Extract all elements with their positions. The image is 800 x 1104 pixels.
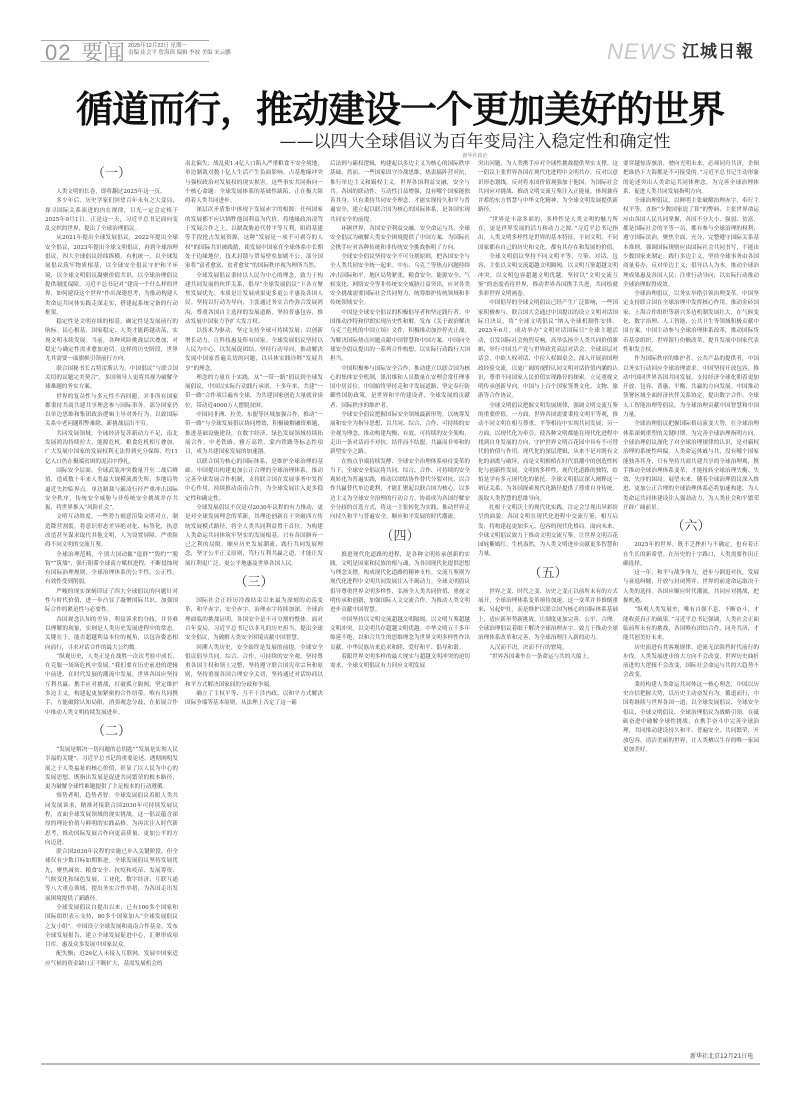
paragraph: 全球文明倡议把握文明发展规律，强调文明交流互鉴的重要价值。一方面，世界各国需要秉… (478, 402, 618, 504)
paragraph: 全球安全倡议把握国际安全领域最新形势，以统筹发展和安全为指导思想，以共同、综合、… (330, 411, 470, 457)
paragraph: 环顾世界，各国安全利益交融、安全命运与共。全球安全倡议为破解人类安全困境提供了中… (330, 225, 470, 253)
paragraph: 联合国秘书长古特雷斯认为，中国倡议“与联合国关切的议题完美契合”，多国领导人更将… (45, 365, 178, 393)
paragraph: 各国观念认知的差异，利益诉求的分歧，并非难以理解的现象，实则是人类历史发展进程中… (45, 616, 178, 653)
paragraph: 稳定性是文明存续的根基，确定性是发展前行的航标。民心根基、国家稳定、人类才能跨越… (45, 318, 178, 364)
news-wordmark: NEWS (607, 41, 677, 63)
paragraph: 国际安全层面，全球武装冲突数量升至二战后峰值，造成数十年来人类最大规模流离失所，… (45, 467, 178, 513)
byline: 新华社政论 (0, 152, 800, 159)
paragraph: 全球发展倡议不仅是对2030年议程的有力推动，更是对全球发展理念的革新，其理论创… (185, 504, 323, 569)
section-heading-3: （三） (185, 575, 323, 591)
paragraph: 推进现代化道路的进程，是各种文明传承创新的实践。文明是国家和民族的根与魂，为各国… (330, 551, 470, 616)
paragraph: 全球治理倡议把握国际格局演变大势，在全球治理体系深刻重塑的关键时期，为完善全球治… (623, 420, 759, 513)
paragraph: 全球文明倡议坚持不同文明平等、互鉴、对话、包容，主张以文明交流超越文明隔阂，以文… (478, 253, 618, 299)
section-heading-4: （四） (330, 529, 470, 545)
section-heading-5: （五） (478, 566, 618, 582)
paragraph: 中国是全球安全倡议的积极倡导者和坚定践行者。中国推动沙特和伊朗实现历史性和解，发… (330, 309, 470, 365)
section-heading-2: （二） (45, 724, 178, 740)
paragraph: 联合国2030年议程的实施已步入关键阶段，但全球仅有少数目标如期推进。全球发展倡… (45, 848, 178, 904)
dateline: 新华社北京12月21日电 (690, 1051, 753, 1060)
paragraph: 以技术为驱动，坚定支持全球可持续发展；以创新增长动力，让科技惠及所有国家。全球发… (185, 327, 323, 373)
paragraph: “发展是解决一切问题的总钥匙”“发展是实现人民幸福的关键”。习近平总书记的重要论… (45, 746, 178, 792)
editor-credits: 责编 崔会平 詹海茵 编辑 李波 美编 宋云鹏 (128, 50, 231, 57)
paragraph: “纵观历史，人类正是在战胜一次次考验中成长、在克服一场场危机中发展。”我们要在历… (45, 653, 178, 718)
paragraph: 这一年，和平与战争角力，进步与倒退对抗，发展与衰退纠缠，开放与封闭博弈。世界的前… (623, 569, 759, 606)
paragraph: 共同发展领域，全球经济复苏新动力不足，南北发展鸿沟持续拉大，能源危机、粮食危机相… (45, 430, 178, 467)
paragraph: “纵观人类发展史，唯有自强不息、不断奋斗，才能收获真正的硕果。”习近平总书记强调… (623, 606, 759, 643)
paragraph: 突出问题，为人类携手应对全球性挑战提供坚实支撑。这一倡议主张世界各国在现代化进程… (478, 160, 618, 216)
paragraph: 世界的复杂性与多元性不容回避，并非所有国家都秉持共商共建共享理念参与国际事务。部… (45, 393, 178, 430)
column-2: 南北偏失；战乱使1.4亿人口陷入严重粮食不安全境地，单边制裁对数十亿人生活产生负… (185, 160, 323, 1063)
paragraph: 理念的力量在于实践。从“一带一路”倡议到全球发展倡议，中国以实际行动践行承诺。十… (185, 374, 323, 411)
paragraph: 全球发展倡议自提出以来，已有100多个国家和国际组织表示支持，80多个国家加入“… (45, 904, 178, 950)
paragraph: 入汉而不决，决而不行的窘境。 (478, 644, 618, 653)
paragraph: 作为国际秩序的维护者、公共产品的提供者，中国以务实行动回应全球治理需求。中国坚持… (623, 355, 759, 420)
paragraph: 中国同非洲、拉美、东盟等区域加强合作，推动“一带一路”与全球发展倡议协同增效，积… (185, 411, 323, 457)
paragraph: 从2021年提出全球发展倡议，2022年提出全球安全倡议，2023年提出全球文明… (45, 234, 178, 318)
newspaper-logo: 江城日報 (682, 42, 754, 62)
column-4: 突出问题，为人类携手应对全球性挑战提供坚实支撑。这一倡议主张世界各国在现代化进程… (478, 160, 618, 1063)
paragraph: 着眼世界文明多样的最大现实与超越文明冲突的迫切需求，全球文明倡议有力回应文明发展 (330, 653, 470, 672)
paragraph: 中国坚持以文明交流超越文明隔阂，以文明互鉴超越文明冲突，以文明共存超越文明优越。… (330, 616, 470, 653)
header-rule-bottom (41, 61, 209, 62)
paragraph: 全球治理倡议，以务实举措引领治理变革。中国坚定支持联合国在全球治理中发挥核心作用… (623, 290, 759, 355)
column-1: （一） 人类文明的长卷，即将翻过2025年这一页。 多少年后，历史学家们回望百年… (45, 160, 178, 1063)
column-5: 要穿越惊涛骇浪、驶向光明未来，必须同舟共济，企图把谁扔下大海都是不可接受的。”习… (623, 160, 759, 1048)
subheadline: ——以四大全球倡议为百年变局注入稳定性和确定性 (0, 132, 800, 152)
column-3: 后法则与霸权逻辑，构建起以多边主义为核心的国际秩序基础。然而，一些国家固守冷战思… (330, 160, 470, 1063)
paragraph: 扎根于文明沃土的现代化实践，注定会呈现出异彩纷呈的面貌。各国文明在现代化进程中交… (478, 504, 618, 560)
issue-meta: 2025年12月22日 星期一 责编 崔会平 詹海茵 编辑 李波 美编 宋云鹏 (128, 43, 231, 57)
paragraph: 全球发展倡议秉持以人民为中心的理念，致力于构建共同发展的伙伴关系，倡导“全球发展… (185, 272, 323, 328)
paragraph: 全球治理倡议，以鲜明主张破解治理赤字。奉行主权平等，直指“少数国家说了算”的弊病… (623, 197, 759, 290)
paragraph: 世界之变、时代之变、历史之变正以前所未有的方式展开，全球治理体系变革亟待加速。这… (478, 588, 618, 644)
paragraph: 严峻的现实深刻印证了四大全球倡议的问题针对性与时代价值，进一步凸显了凝聚国际共识… (45, 588, 178, 616)
headline: 循道而行，推动建设一个更加美好的世界 (0, 88, 800, 132)
paragraph: 配失衡；近26亿人未接入互联网，发展中国家适应气候的资金缺口正不断扩大，基需发展… (45, 950, 178, 969)
paragraph: “世界是丰富多彩的，多样性是人类文明的魅力所在，更是世界发展的活力和动力之源。”… (478, 216, 618, 253)
paragraph: 确立了主权平等、互不干涉内政、以和平方式解决国际争端等基本原则，从法理上否定了这… (185, 690, 323, 709)
paragraph: 察势者明，趋势者智。全球发展倡议着眼人类共同发展诉求，精准对接联合国2030年可… (45, 792, 178, 848)
section-heading-6: （六） (623, 519, 759, 535)
paragraph: 多少年后，历史学家们回望百年未有之大变局，探寻国际关系演进的内在规律，目光一定会… (45, 197, 178, 234)
paragraph: 后法则与霸权逻辑，构建起以多边主义为核心的国际秩序基础。然而，一些国家固守冷战思… (330, 160, 470, 225)
paragraph: “世界各国乘坐在一条命运与共的大船上， (478, 653, 618, 662)
issue-date: 2025年12月22日 星期一 (128, 43, 231, 50)
paragraph: 历史演进有其客观规律，逆流无法阻挡时代前行的步伐。人类发展进步的大方向不会改变，… (623, 644, 759, 681)
paragraph: 南北偏失；战乱使1.4亿人口陷入严重粮食不安全境地，单边制裁对数十亿人生活产生负… (185, 160, 323, 206)
paragraph: 文明互动维度，一些势力刻意渲染文明对立，制造降营割裂，将意识形态差异绝对化、标签… (45, 513, 178, 550)
paragraph: 国际社会正经历冷战结束以来最为深刻的动荡变革，和平赤字、安全赤字、治理赤字持续加… (185, 597, 323, 643)
paragraph: 回溯人类历史，安全始终是发展的前提。全球安全倡议倡导共同、综合、合作、可持续的安… (185, 644, 323, 690)
paragraph: 秉持构建人类命运共同体这一核心理念，中国以历史自信把握大势，以历史主动奋发有为。… (623, 681, 759, 755)
paragraph: 全球安全倡议坚持安全不可分割原则，把各国安全与全人类共同安全统一起来。中东、乌克… (330, 253, 470, 309)
section-heading-1: （一） (45, 166, 178, 182)
paragraph: 全球治理范畴，个别大国动辄“退群”“毁约”“脱钩”“筑墙”，强行阻滞全球南方赋权… (45, 551, 178, 588)
footer-rule (41, 1063, 760, 1065)
paragraph: 2025年的世界，既不乏挫折与不确定，也有着正在生长的新希望。在历史的十字路口，… (623, 541, 759, 569)
paragraph: 在热点争端持续发酵、全球安全治理体系亟待变革的当下，全球安全倡议将共同、综合、合… (330, 458, 470, 523)
paragraph: 要穿越惊涛骇浪、驶向光明未来，必须同舟共济，企图把谁扔下大海都是不可接受的。”习… (623, 160, 759, 197)
paragraph: 以联合国为核心的国际体系，是维护全球治理的基础。中国提出构建更加公正合理的全球治… (185, 458, 323, 504)
paragraph: 深层次矛盾集中体现于发展赤字的根源：任何国家的发展都不应以牺牲他国利益为代价。将… (185, 206, 323, 271)
paragraph: 中国倡导的全球文明倡议已经产生广泛影响，一些国家积极参与，联合国大会通过中国提出… (478, 299, 618, 401)
paragraph: 人类文明的长卷，即将翻过2025年这一页。 (45, 188, 178, 197)
paragraph: 中国积极参与国际安全合作，推动建立以联合国为核心的集体安全机制，派出维和人员数量… (330, 365, 470, 411)
